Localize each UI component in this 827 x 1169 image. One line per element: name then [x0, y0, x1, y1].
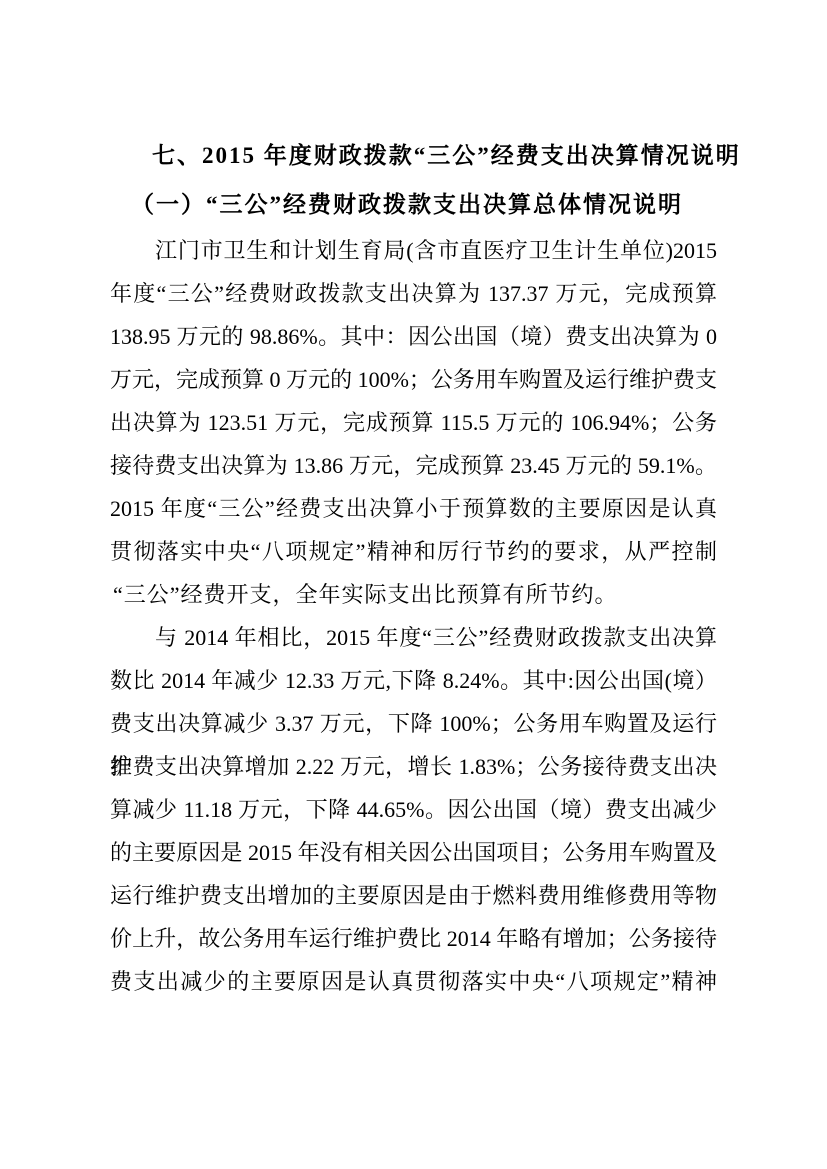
text-line: 贯彻落实中央“八项规定”精神和厉行节约的要求，从严控制: [110, 530, 717, 573]
text-line: 算减少 11.18 万元，下降 44.65%。因公出国（境）费支出减少: [110, 788, 717, 831]
text-line: 年度“三公”经费财政拨款支出决算为 137.37 万元，完成预算: [110, 272, 717, 315]
subsection-heading: （一）“三公”经费财政拨款支出决算总体情况说明: [110, 180, 717, 229]
text-line: 的主要原因是 2015 年没有相关因公出国项目；公务用车购置及: [110, 831, 717, 874]
text-line: 接待费支出决算为 13.86 万元，完成预算 23.45 万元的 59.1%。: [110, 444, 717, 487]
document-page: 七、2015 年度财政拨款“三公”经费支出决算情况说明 （一）“三公”经费财政拨…: [0, 0, 827, 1169]
text-line: 与 2014 年相比，2015 年度“三公”经费财政拨款支出决算: [110, 616, 717, 659]
paragraph-overall-summary: 江门市卫生和计划生育局(含市直医疗卫生计生单位)2015 年度“三公”经费财政拨…: [110, 229, 717, 616]
text-line: 价上升，故公务用车运行维护费比 2014 年略有增加；公务接待: [110, 917, 717, 960]
text-line: 费支出决算减少 3.37 万元，下降 100%；公务用车购置及运行维: [110, 702, 717, 745]
text-line: 138.95 万元的 98.86%。其中：因公出国（境）费支出决算为 0: [110, 315, 717, 358]
text-line: 护费支出决算增加 2.22 万元，增长 1.83%；公务接待费支出决: [110, 745, 717, 788]
section-heading: 七、2015 年度财政拨款“三公”经费支出决算情况说明: [110, 131, 717, 180]
text-line: 运行维护费支出增加的主要原因是由于燃料费用维修费用等物: [110, 874, 717, 917]
text-line: 万元，完成预算 0 万元的 100%；公务用车购置及运行维护费支: [110, 358, 717, 401]
text-line: 2015 年度“三公”经费支出决算小于预算数的主要原因是认真: [110, 487, 717, 530]
text-line: “三公”经费开支，全年实际支出比预算有所节约。: [110, 573, 717, 616]
text-line: 数比 2014 年减少 12.33 万元,下降 8.24%。其中:因公出国(境）: [110, 659, 717, 702]
text-line: 出决算为 123.51 万元，完成预算 115.5 万元的 106.94%；公务: [110, 401, 717, 444]
paragraph-comparison-2014: 与 2014 年相比，2015 年度“三公”经费财政拨款支出决算 数比 2014…: [110, 616, 717, 1003]
text-block: 七、2015 年度财政拨款“三公”经费支出决算情况说明 （一）“三公”经费财政拨…: [110, 131, 717, 1003]
text-line: 费支出减少的主要原因是认真贯彻落实中央“八项规定”精神: [110, 960, 717, 1003]
text-line: 江门市卫生和计划生育局(含市直医疗卫生计生单位)2015: [110, 229, 717, 272]
